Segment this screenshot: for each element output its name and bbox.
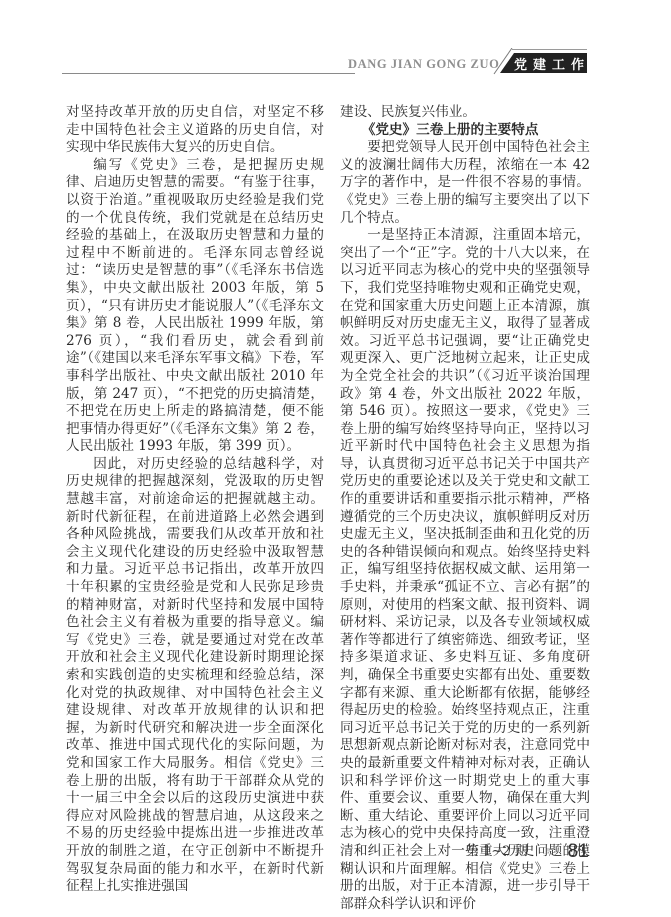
section-title: 党建工作 xyxy=(514,54,590,73)
paragraph: 对坚持改革开放的历史自信，对坚定不移走中国特色社会主义道路的历史自信，对实现中华… xyxy=(66,104,324,157)
paragraph: 编写《党史》三卷，是把握历史规律、启迪历史智慧的需要。“有鉴于往事，以资于治道。… xyxy=(66,157,324,456)
paragraph: 一是坚持正本清源，注重固本培元，突出了一个“正”字。党的十八大以来，在以习近平同… xyxy=(340,227,590,913)
paragraph-continuation: 建设、民族复兴伟业。 xyxy=(340,104,590,122)
section-subheading: 《党史》三卷上册的主要特点 xyxy=(340,122,590,140)
header-rule xyxy=(62,73,355,74)
section-pinyin: DANG JIAN GONG ZUO xyxy=(348,57,499,72)
page-number: 81 xyxy=(568,841,589,862)
header-badge-topline xyxy=(512,49,587,50)
paragraph: 因此，对历史经验的总结越科学，对历史规律的把握越深刻，党汲取的历史智慧越丰富，对… xyxy=(66,456,324,896)
right-column: 建设、民族复兴伟业。 《党史》三卷上册的主要特点 要把党领导人民开创中国特色社会… xyxy=(340,104,590,913)
pointing-hand-icon: ☞ xyxy=(542,844,554,859)
left-column: 对坚持改革开放的历史自信，对坚定不移走中国特色社会主义道路的历史自信，对实现中华… xyxy=(66,104,324,896)
page-footer: 第 1~2 期 ☞ 81 xyxy=(466,840,589,863)
issue-label: 第 1~2 期 xyxy=(466,844,528,859)
paragraph: 要把党领导人民开创中国特色社会主义的波澜壮阔伟大历程，浓缩在一本 42 万字的著… xyxy=(340,139,590,227)
